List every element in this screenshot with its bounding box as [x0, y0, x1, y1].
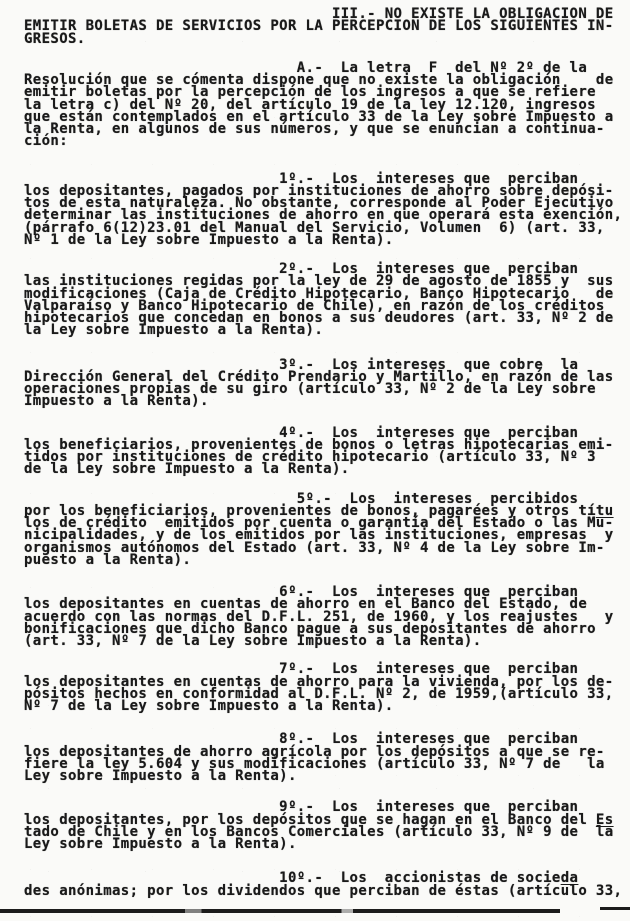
paragraph-2: 2º.- Los intereses que percibanlas insti…	[24, 263, 626, 337]
paragraph-1: 1º.- Los intereses que percibanlos depos…	[24, 173, 626, 247]
scan-edge-line-right	[600, 907, 630, 910]
paragraph-4: 4º.- Los intereses que percibanlos benef…	[24, 427, 626, 476]
text-line: Impuesto a la Renta).	[24, 395, 626, 407]
text-line: (art. 33, Nº 7 de la Ley sobre Impuesto …	[24, 635, 626, 647]
text-line: Nº 7 de la Ley sobre Impuesto a la Renta…	[24, 700, 626, 712]
scan-edge-line	[0, 909, 560, 913]
paragraph-3: 3º.- Los intereses que cobre laDirección…	[24, 359, 626, 408]
text-line: Nº 1 de la Ley sobre Impuesto a la Renta…	[24, 234, 626, 246]
text-line: EMITIR BOLETAS DE SERVICIOS POR LA PERCE…	[24, 20, 626, 32]
text-line: de la Ley sobre Impuesto a la Renta).	[24, 463, 626, 475]
scanned-page: III.- NO EXISTE LA OBLIGACION DEEMITIR B…	[0, 0, 630, 921]
paragraph-6: 6º.- Los intereses que percibanlos depos…	[24, 586, 626, 647]
text-line: la Ley sobre Impuesto a la Renta).	[24, 324, 626, 336]
text-line: Ley sobre Impuesto a la Renta).	[24, 770, 626, 782]
text-line: GRESOS.	[24, 33, 626, 45]
paragraph-heading: III.- NO EXISTE LA OBLIGACION DEEMITIR B…	[24, 8, 626, 45]
paragraph-7: 7º.- Los intereses que percibanlos depos…	[24, 663, 626, 712]
paragraph-8: 8º.- Los intereses que percibanlos depos…	[24, 733, 626, 782]
paragraph-A: A.- La letra F del Nº 2º de laResolución…	[24, 62, 626, 148]
paragraph-10: 10º.- Los accionistas de sociedades anón…	[24, 872, 626, 897]
text-line: des anónimas; por los dividendos que per…	[24, 885, 626, 897]
paragraph-5: 5º.- Los intereses percibidospor los ben…	[24, 493, 626, 567]
text-line: puesto a la Renta).	[24, 554, 626, 566]
paragraph-9: 9º.- Los intereses que percibanlos depos…	[24, 801, 626, 850]
text-line: ción:	[24, 135, 626, 147]
text-line: la Renta, en algunos de sus números, y q…	[24, 123, 626, 135]
document-body: III.- NO EXISTE LA OBLIGACION DEEMITIR B…	[24, 8, 626, 897]
text-line: Ley sobre Impuesto a la Renta).	[24, 838, 626, 850]
